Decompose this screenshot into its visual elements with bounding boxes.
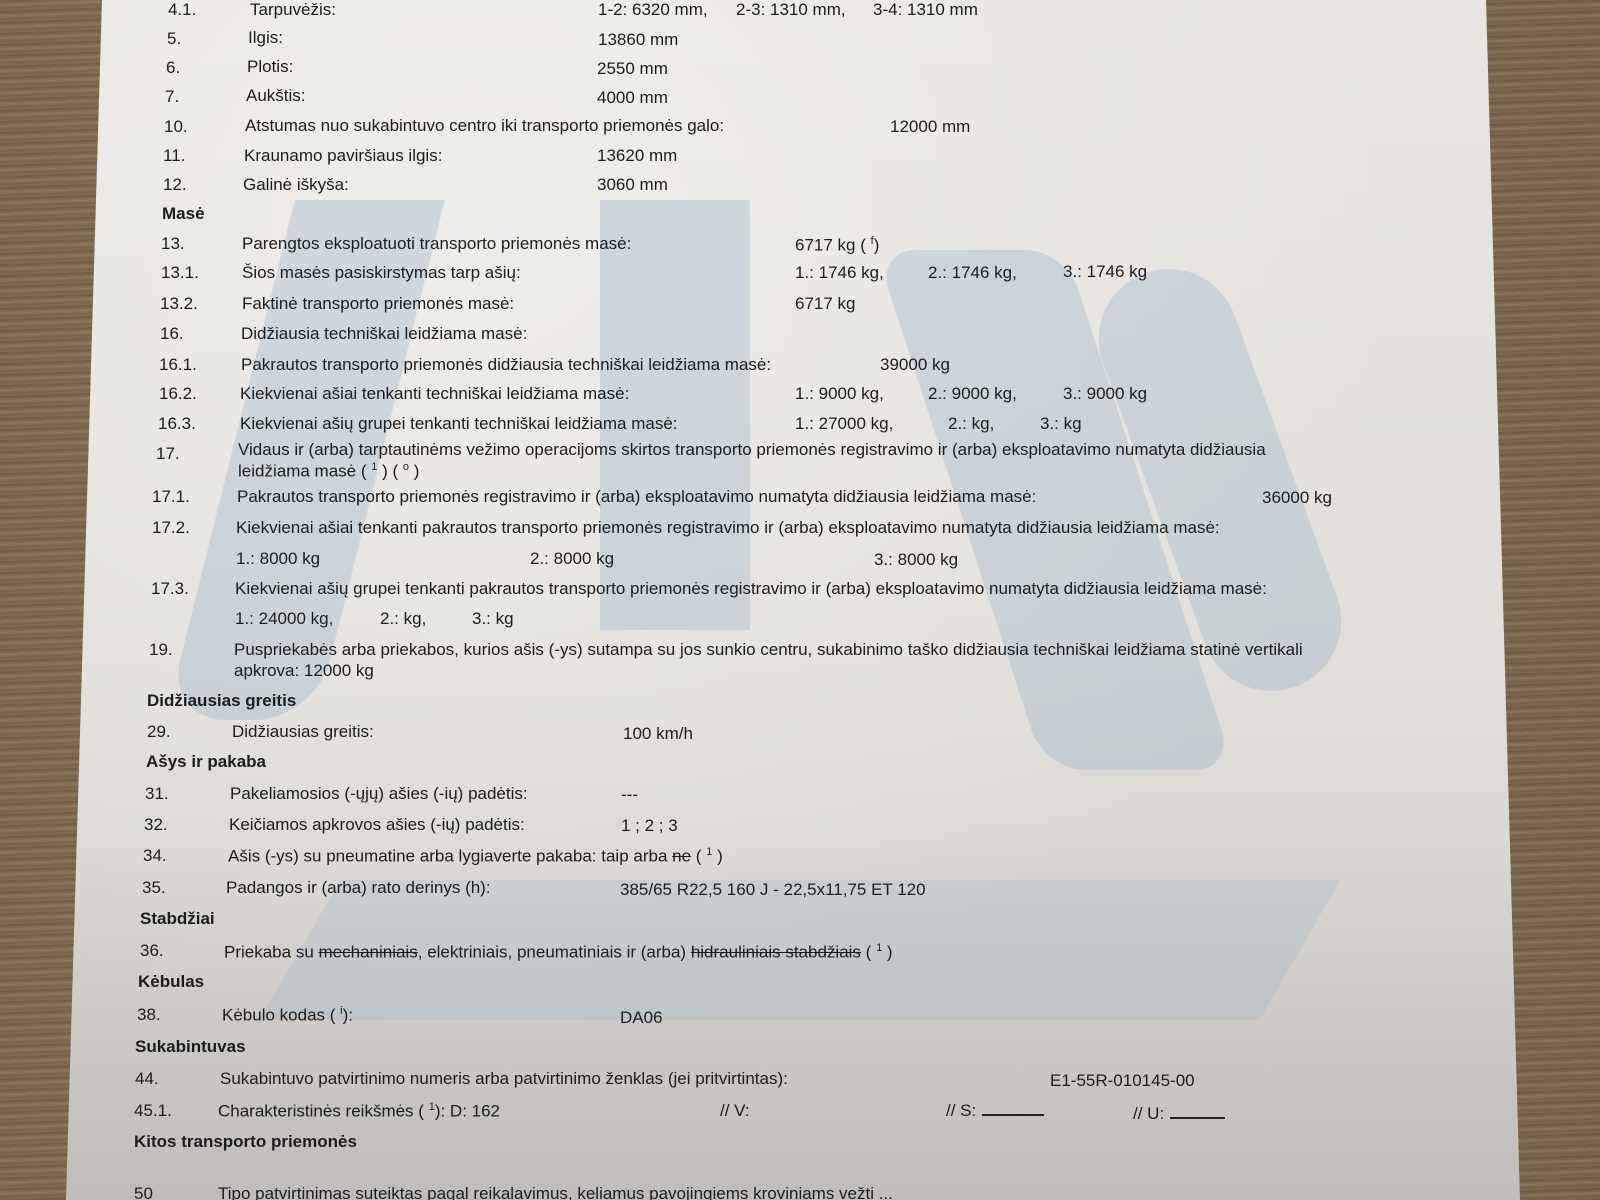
item-number: 16.2. bbox=[159, 384, 197, 404]
item-value: 13860 mm bbox=[598, 30, 678, 50]
item-label: Kiekvienai ašiai tenkanti techniškai lei… bbox=[240, 384, 629, 404]
item-label: Vidaus ir (arba) tarptautinėms vežimo op… bbox=[238, 440, 1266, 460]
item-value: 1.: 24000 kg, bbox=[235, 609, 333, 629]
item-value: DA06 bbox=[620, 1008, 663, 1028]
item-number: 10. bbox=[164, 117, 188, 137]
item-value: 2.: kg, bbox=[948, 414, 994, 434]
item-number: 36. bbox=[140, 941, 164, 961]
item-label: Puspriekabės arba priekabos, kurios ašis… bbox=[234, 640, 1303, 660]
v-field: // V: bbox=[720, 1101, 750, 1121]
section-heading-asys: Ašys ir pakaba bbox=[146, 752, 266, 772]
item-label: Atstumas nuo sukabintuvo centro iki tran… bbox=[245, 116, 724, 136]
s-field: // S: bbox=[946, 1101, 1044, 1121]
item-value: 1 ; 2 ; 3 bbox=[621, 816, 678, 836]
item-label: Sukabintuvo patvirtinimo numeris arba pa… bbox=[220, 1069, 788, 1089]
item-number: 38. bbox=[137, 1005, 161, 1025]
section-heading-kitos: Kitos transporto priemonės bbox=[134, 1132, 357, 1152]
item-value: 1.: 27000 kg, bbox=[795, 414, 893, 434]
item-value: 2.: kg, bbox=[380, 609, 426, 629]
item-value: 3.: kg bbox=[1040, 414, 1082, 434]
item-value: 3060 mm bbox=[597, 175, 668, 195]
item-label: Galinė iškyša: bbox=[243, 175, 349, 195]
item-label: Ašis (-ys) su pneumatine arba lygiaverte… bbox=[228, 846, 723, 867]
item-label: Didžiausias greitis: bbox=[232, 722, 374, 742]
item-label: Tipo patvirtinimas suteiktas pagal reika… bbox=[218, 1184, 893, 1200]
item-value: 1.: 8000 kg bbox=[236, 549, 320, 569]
item-label: Faktinė transporto priemonės masė: bbox=[242, 294, 514, 314]
item-number: 29. bbox=[147, 722, 171, 742]
item-number: 12. bbox=[163, 175, 187, 195]
item-value: --- bbox=[621, 785, 638, 805]
item-number: 13. bbox=[161, 234, 185, 254]
section-heading-stabdziai: Stabdžiai bbox=[140, 909, 215, 929]
item-label: Kiekvienai ašių grupei tenkanti pakrauto… bbox=[235, 579, 1267, 599]
item-value: 4000 mm bbox=[597, 88, 668, 108]
item-number: 6. bbox=[166, 58, 180, 78]
item-number: 45.1. bbox=[134, 1101, 172, 1121]
item-label: Pakrautos transporto priemonės didžiausi… bbox=[241, 355, 771, 375]
item-number: 13.1. bbox=[161, 263, 199, 283]
section-heading-sukabintuvas: Sukabintuvas bbox=[135, 1037, 246, 1057]
item-number: 11. bbox=[163, 146, 185, 166]
item-value: E1-55R-010145-00 bbox=[1050, 1071, 1195, 1091]
item-value: apkrova: 12000 kg bbox=[234, 661, 374, 681]
item-value: 1.: 1746 kg, bbox=[795, 263, 884, 283]
item-value: 1-2: 6320 mm, bbox=[598, 0, 708, 20]
item-value: 12000 mm bbox=[890, 117, 970, 137]
item-value: 3.: 1746 kg bbox=[1063, 262, 1147, 282]
item-value: 385/65 R22,5 160 J - 22,5x11,75 ET 120 bbox=[620, 880, 926, 900]
item-value: 6717 kg ( f) bbox=[795, 235, 879, 256]
item-value: 100 km/h bbox=[623, 724, 693, 744]
item-number: 4.1. bbox=[168, 0, 196, 20]
item-number: 5. bbox=[167, 29, 181, 49]
item-label: Pakrautos transporto priemonės registrav… bbox=[237, 487, 1036, 507]
item-value: 3.: kg bbox=[472, 609, 514, 629]
item-label-continued: leidžiama masė ( 1 ) ( o ) bbox=[238, 461, 419, 482]
item-value: 2-3: 1310 mm, bbox=[736, 0, 846, 20]
item-number: 32. bbox=[144, 815, 168, 835]
item-number: 35. bbox=[142, 878, 166, 898]
item-label: Šios masės pasiskirstymas tarp ašių: bbox=[242, 263, 521, 283]
item-value: 13620 mm bbox=[597, 146, 677, 166]
item-label: Ilgis: bbox=[248, 28, 283, 48]
item-number: 34. bbox=[143, 846, 167, 866]
item-number: 44. bbox=[135, 1069, 159, 1089]
item-number: 17.3. bbox=[151, 579, 189, 599]
item-number: 16.3. bbox=[158, 414, 196, 434]
item-value: 3.: 8000 kg bbox=[874, 550, 958, 570]
u-field: // U: bbox=[1133, 1104, 1225, 1124]
item-label: Tarpuvėžis: bbox=[250, 0, 336, 20]
item-value: 39000 kg bbox=[880, 355, 950, 375]
item-number: 17.2. bbox=[152, 518, 190, 538]
item-number: 7. bbox=[165, 87, 179, 107]
item-value: 2550 mm bbox=[597, 59, 668, 79]
item-value: 6717 kg bbox=[795, 294, 856, 314]
item-number: 31. bbox=[145, 784, 169, 804]
item-label: Pakeliamosios (-ųjų) ašies (-ių) padėtis… bbox=[230, 784, 528, 804]
item-number: 50 bbox=[134, 1184, 153, 1200]
item-number: 17.1. bbox=[152, 487, 190, 507]
item-label: Didžiausia techniškai leidžiama masė: bbox=[241, 324, 527, 344]
section-heading-greitis: Didžiausias greitis bbox=[147, 691, 296, 711]
item-label: Kėbulo kodas ( i): bbox=[222, 1005, 353, 1026]
item-value: 2.: 9000 kg, bbox=[928, 384, 1017, 404]
item-value: 3-4: 1310 mm bbox=[873, 0, 978, 20]
item-value: 2.: 1746 kg, bbox=[928, 263, 1017, 283]
item-number: 16. bbox=[160, 324, 184, 344]
section-heading-kebulas: Kėbulas bbox=[138, 972, 204, 992]
item-label: Parengtos eksploatuoti transporto priemo… bbox=[242, 234, 631, 254]
item-label: Priekaba su mechaniniais, elektriniais, … bbox=[224, 942, 893, 963]
item-label: Keičiamos apkrovos ašies (-ių) padėtis: bbox=[229, 815, 525, 835]
item-label: Kiekvienai ašių grupei tenkanti technišk… bbox=[240, 414, 678, 434]
item-number: 16.1. bbox=[159, 355, 197, 375]
item-value: 2.: 8000 kg bbox=[530, 549, 614, 569]
section-heading-mase: Masė bbox=[162, 204, 205, 224]
item-label: Plotis: bbox=[247, 57, 293, 77]
item-label: Kraunamo paviršiaus ilgis: bbox=[244, 146, 442, 166]
item-label: Charakteristinės reikšmės ( 1): D: 162 bbox=[218, 1101, 500, 1122]
item-number: 13.2. bbox=[160, 294, 198, 314]
item-number: 19. bbox=[149, 640, 173, 660]
item-label: Aukštis: bbox=[246, 86, 306, 106]
item-label: Padangos ir (arba) rato derinys (h): bbox=[226, 878, 491, 898]
vehicle-registration-document: 4.1. Tarpuvėžis: 1-2: 6320 mm, 2-3: 1310… bbox=[0, 0, 1600, 1200]
item-number: 17. bbox=[156, 444, 180, 464]
item-value: 3.: 9000 kg bbox=[1063, 384, 1147, 404]
item-value: 36000 kg bbox=[1262, 488, 1332, 508]
item-label: Kiekvienai ašiai tenkanti pakrautos tran… bbox=[236, 518, 1220, 538]
item-value: 1.: 9000 kg, bbox=[795, 384, 884, 404]
